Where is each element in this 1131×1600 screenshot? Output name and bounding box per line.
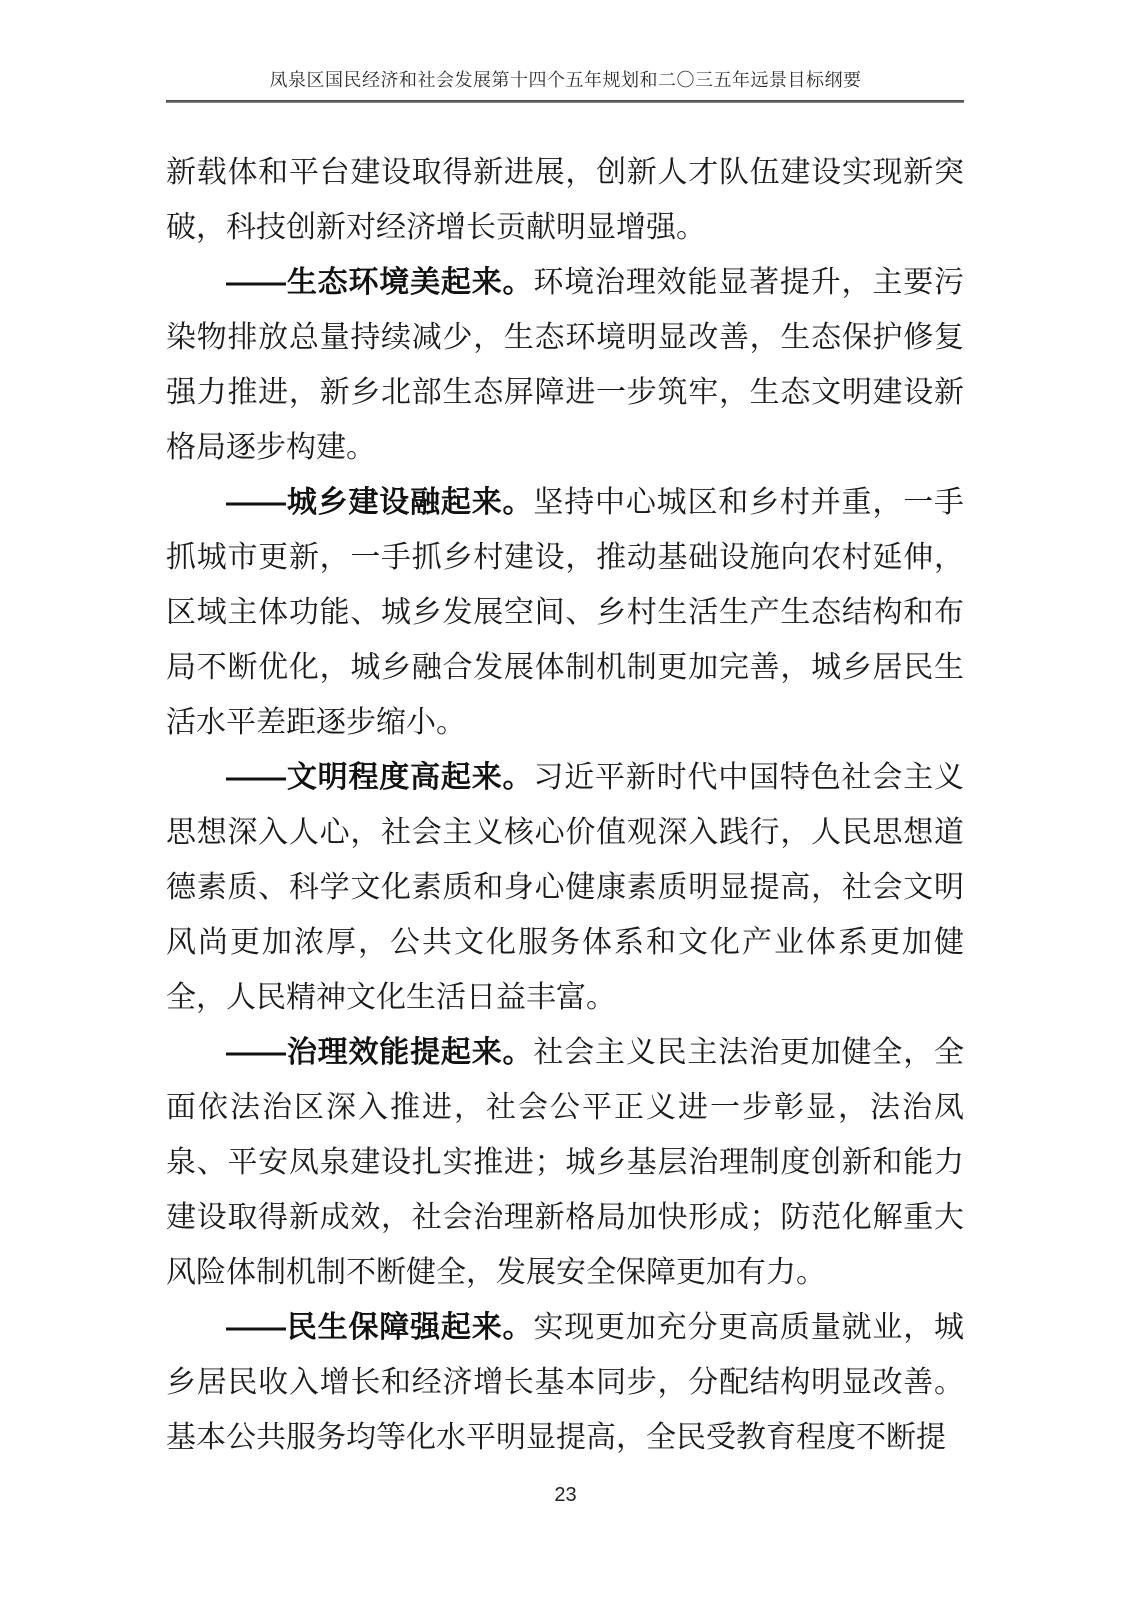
header-rule <box>166 100 964 103</box>
document-page: 凤泉区国民经济和社会发展第十四个五年规划和二〇三五年远景目标纲要 新载体和平台建… <box>0 0 1131 1600</box>
paragraph-lead: ——文明程度高起来。 <box>226 761 533 794</box>
paragraph-lead: ——生态环境美起来。 <box>226 266 533 299</box>
document-body: 新载体和平台建设取得新进展，创新人才队伍建设实现新突破，科技创新对经济增长贡献明… <box>166 145 964 1465</box>
paragraph-lead: ——民生保障强起来。 <box>226 1311 533 1344</box>
paragraph-body: 新载体和平台建设取得新进展，创新人才队伍建设实现新突破，科技创新对经济增长贡献明… <box>166 156 964 244</box>
paragraph-body: 社会主义民主法治更加健全，全面依法治区深入推进，社会公平正义进一步彰显，法治凤泉… <box>166 1036 964 1289</box>
paragraph: ——治理效能提起来。社会主义民主法治更加健全，全面依法治区深入推进，社会公平正义… <box>166 1025 964 1300</box>
paragraph-lead: ——治理效能提起来。 <box>226 1036 533 1069</box>
page-number: 23 <box>0 1484 1131 1507</box>
paragraph-body: 习近平新时代中国特色社会主义思想深入人心，社会主义核心价值观深入践行，人民思想道… <box>166 761 964 1014</box>
paragraph: ——城乡建设融起来。坚持中心城区和乡村并重，一手抓城市更新，一手抓乡村建设，推动… <box>166 475 964 750</box>
paragraph: 新载体和平台建设取得新进展，创新人才队伍建设实现新突破，科技创新对经济增长贡献明… <box>166 145 964 255</box>
paragraph: ——文明程度高起来。习近平新时代中国特色社会主义思想深入人心，社会主义核心价值观… <box>166 750 964 1025</box>
paragraph: ——生态环境美起来。环境治理效能显著提升，主要污染物排放总量持续减少，生态环境明… <box>166 255 964 475</box>
paragraph-body: 坚持中心城区和乡村并重，一手抓城市更新，一手抓乡村建设，推动基础设施向农村延伸，… <box>166 486 964 739</box>
running-header-title: 凤泉区国民经济和社会发展第十四个五年规划和二〇三五年远景目标纲要 <box>0 66 1131 92</box>
paragraph: ——民生保障强起来。实现更加充分更高质量就业，城乡居民收入增长和经济增长基本同步… <box>166 1300 964 1465</box>
paragraph-lead: ——城乡建设融起来。 <box>226 486 533 519</box>
